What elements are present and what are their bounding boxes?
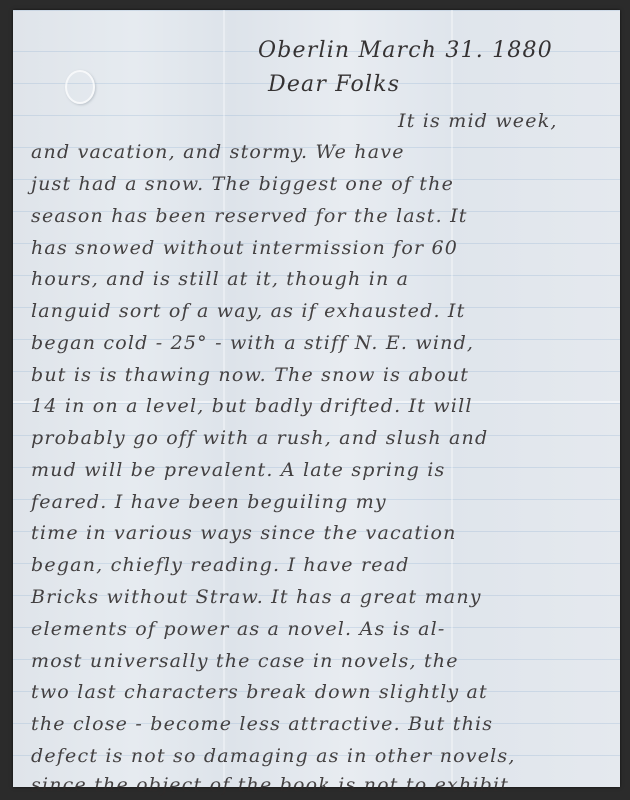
letter-line: but is is thawing now. The snow is about bbox=[31, 364, 469, 386]
letter-line: mud will be prevalent. A late spring is bbox=[31, 459, 445, 481]
letter-line: feared. I have been beguiling my bbox=[31, 491, 387, 513]
letter-line: just had a snow. The biggest one of the bbox=[31, 173, 454, 195]
letter-line: hours, and is still at it, though in a bbox=[31, 268, 409, 290]
letter-line: It is mid week, bbox=[398, 110, 558, 132]
letter-line: began cold - 25° - with a stiff N. E. wi… bbox=[31, 332, 474, 354]
salutation: Dear Folks bbox=[268, 72, 400, 97]
letter-line: most universally the case in novels, the bbox=[31, 650, 459, 672]
letter-line: season has been reserved for the last. I… bbox=[31, 205, 468, 227]
letter-line: the close - become less attractive. But … bbox=[31, 713, 493, 735]
letter-line: defect is not so damaging as in other no… bbox=[31, 745, 516, 767]
letter-line: time in various ways since the vacation bbox=[31, 522, 457, 544]
letter-line: elements of power as a novel. As is al- bbox=[31, 618, 446, 640]
letter-line: and vacation, and stormy. We have bbox=[31, 141, 405, 163]
letter-line: has snowed without intermission for 60 bbox=[31, 237, 458, 259]
letter-line: Bricks without Straw. It has a great man… bbox=[31, 586, 482, 608]
embossed-stamp-icon bbox=[65, 70, 95, 104]
letter-line: two last characters break down slightly … bbox=[31, 681, 488, 703]
place-date: Oberlin March 31. 1880 bbox=[258, 38, 553, 63]
letter-line: began, chiefly reading. I have read bbox=[31, 554, 410, 576]
letter-line: 14 in on a level, but badly drifted. It … bbox=[31, 395, 473, 417]
letter-page: Oberlin March 31. 1880 Dear Folks It is … bbox=[13, 10, 620, 787]
letter-line: probably go off with a rush, and slush a… bbox=[31, 427, 488, 449]
letter-line: languid sort of a way, as if exhausted. … bbox=[31, 300, 465, 322]
letter-line: since the object of the book is not to e… bbox=[31, 774, 509, 796]
